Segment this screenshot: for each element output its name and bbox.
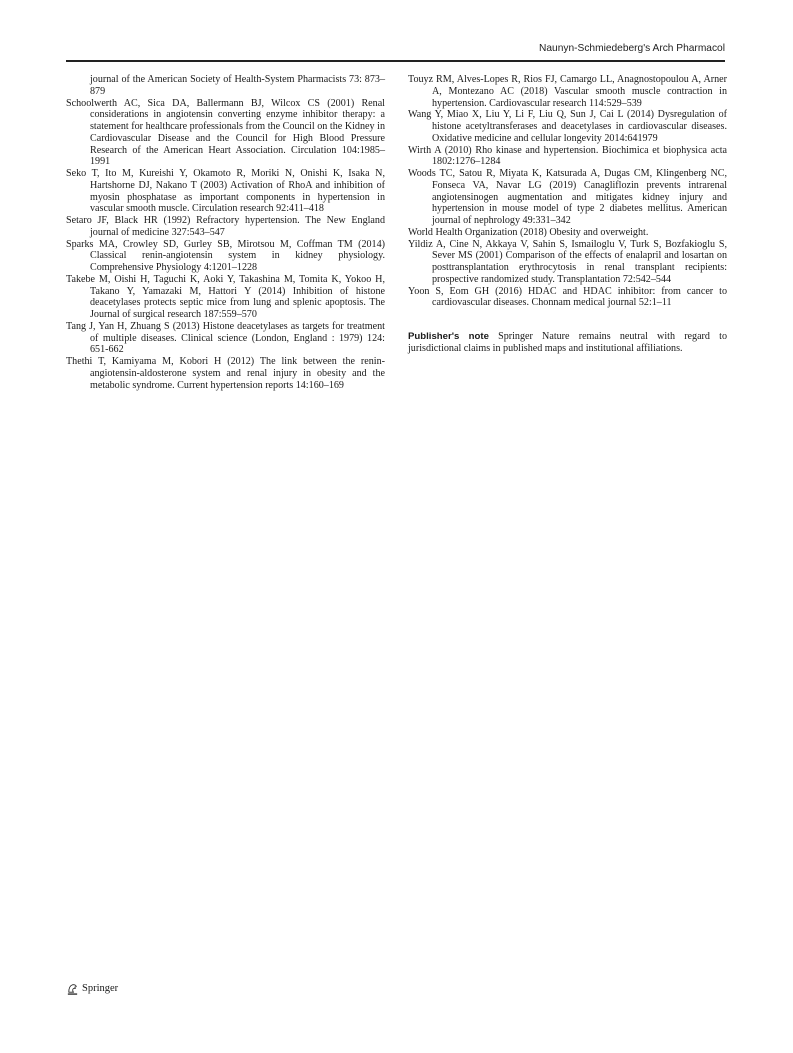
publishers-note-label: Publisher's note — [408, 331, 489, 342]
reference-item: Yoon S, Eom GH (2016) HDAC and HDAC inhi… — [408, 286, 727, 310]
publishers-note: Publisher's note Springer Nature remains… — [408, 331, 727, 355]
reference-item: Tang J, Yan H, Zhuang S (2013) Histone d… — [66, 321, 385, 356]
reference-item: Seko T, Ito M, Kureishi Y, Okamoto R, Mo… — [66, 168, 385, 215]
publisher-name: Springer — [82, 983, 118, 994]
page-footer: Springer — [66, 982, 118, 995]
reference-item: Thethi T, Kamiyama M, Kobori H (2012) Th… — [66, 356, 385, 391]
reference-item: Schoolwerth AC, Sica DA, Ballermann BJ, … — [66, 98, 385, 169]
reference-item: Woods TC, Satou R, Miyata K, Katsurada A… — [408, 168, 727, 227]
reference-item: Touyz RM, Alves-Lopes R, Rios FJ, Camarg… — [408, 74, 727, 109]
reference-item: World Health Organization (2018) Obesity… — [408, 227, 727, 239]
springer-horse-icon — [66, 982, 79, 995]
reference-item: Wang Y, Miao X, Liu Y, Li F, Liu Q, Sun … — [408, 109, 727, 144]
left-column: journal of the American Society of Healt… — [66, 74, 385, 391]
reference-item: Takebe M, Oishi H, Taguchi K, Aoki Y, Ta… — [66, 274, 385, 321]
reference-item: Yildiz A, Cine N, Akkaya V, Sahin S, Ism… — [408, 239, 727, 286]
reference-item: Wirth A (2010) Rho kinase and hypertensi… — [408, 145, 727, 169]
reference-item: Sparks MA, Crowley SD, Gurley SB, Mirots… — [66, 239, 385, 274]
running-header: Naunyn-Schmiedeberg's Arch Pharmacol — [66, 42, 725, 62]
journal-title: Naunyn-Schmiedeberg's Arch Pharmacol — [539, 43, 725, 54]
reference-item: Setaro JF, Black HR (1992) Refractory hy… — [66, 215, 385, 239]
reference-continued: journal of the American Society of Healt… — [66, 74, 385, 98]
right-column: Touyz RM, Alves-Lopes R, Rios FJ, Camarg… — [408, 74, 727, 365]
